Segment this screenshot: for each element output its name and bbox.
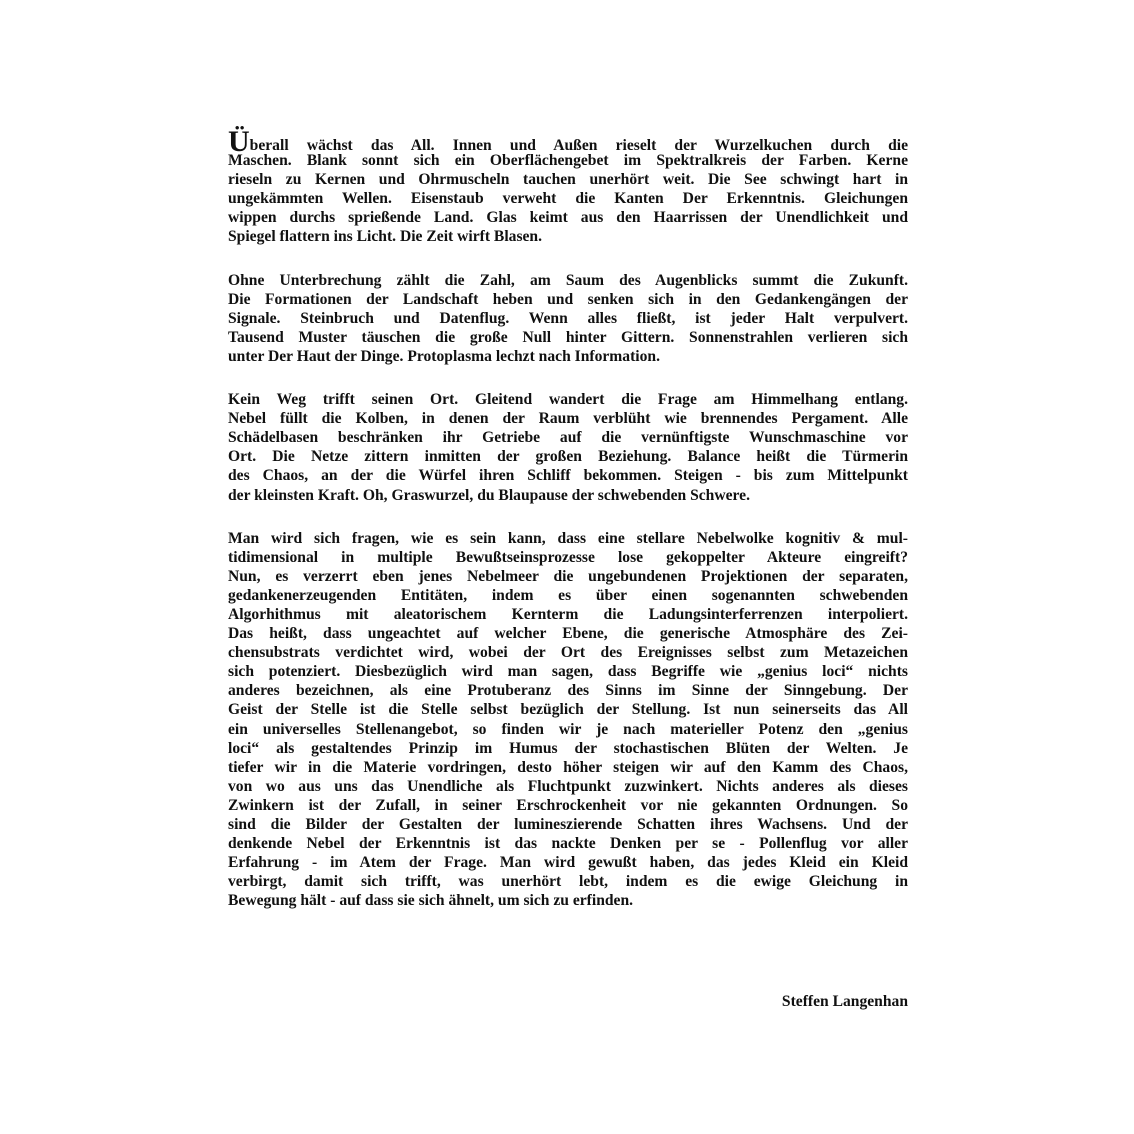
- text-line: anderes bezeichnen, als eine Protuberanz…: [228, 681, 908, 700]
- text-line: wippen durchs sprießende Land. Glas keim…: [228, 208, 908, 227]
- paragraph-4: Man wird sich fragen, wie es sein kann, …: [228, 529, 908, 911]
- text-line: loci“ als gestaltendes Prinzip im Humus …: [228, 739, 908, 758]
- paragraph-3: Kein Weg trifft seinen Ort. Gleitend wan…: [228, 390, 908, 505]
- text-line: der kleinsten Kraft. Oh, Graswurzel, du …: [228, 486, 908, 505]
- text-line: Zwinkern ist der Zufall, in seiner Ersch…: [228, 796, 908, 815]
- text-line: Ohne Unterbrechung zählt die Zahl, am Sa…: [228, 271, 908, 290]
- author-signature: Steffen Langenhan: [700, 993, 908, 1011]
- text-line: ungekämmten Wellen. Eisenstaub verweht d…: [228, 189, 908, 208]
- text-line: Überall wächst das All. Innen und Außen …: [228, 132, 908, 151]
- text-line: tiefer wir in die Materie vordringen, de…: [228, 758, 908, 777]
- text-line: Signale. Steinbruch und Datenflug. Wenn …: [228, 309, 908, 328]
- text-line: Bewegung hält - auf dass sie sich ähnelt…: [228, 891, 908, 910]
- text-line: ein universelles Stellenangebot, so find…: [228, 720, 908, 739]
- text-line: Geist der Stelle ist die Stelle selbst b…: [228, 700, 908, 719]
- text-line: denkende Nebel der Erkenntnis ist das na…: [228, 834, 908, 853]
- document-body: Überall wächst das All. Innen und Außen …: [228, 132, 908, 934]
- text-line: Tausend Muster täuschen die große Null h…: [228, 328, 908, 347]
- text-line: des Chaos, an der die Würfel ihren Schli…: [228, 466, 908, 485]
- text-line: Nun, es verzerrt eben jenes Nebelmeer di…: [228, 567, 908, 586]
- paragraph-1: Überall wächst das All. Innen und Außen …: [228, 132, 908, 247]
- text-line: verbirgt, damit sich trifft, was unerhör…: [228, 872, 908, 891]
- text-line: Das heißt, dass ungeachtet auf welcher E…: [228, 624, 908, 643]
- text-line: Kein Weg trifft seinen Ort. Gleitend wan…: [228, 390, 908, 409]
- text-line: Maschen. Blank sonnt sich ein Oberfläche…: [228, 151, 908, 170]
- text-line: tidimensional in multiple Bewußtseinspro…: [228, 548, 908, 567]
- text-line: sind die Bilder der Gestalten der lumine…: [228, 815, 908, 834]
- paragraph-2: Ohne Unterbrechung zählt die Zahl, am Sa…: [228, 271, 908, 366]
- text-line: unter Der Haut der Dinge. Protoplasma le…: [228, 347, 908, 366]
- text-line: Erfahrung - im Atem der Frage. Man wird …: [228, 853, 908, 872]
- text-line: Man wird sich fragen, wie es sein kann, …: [228, 529, 908, 548]
- text-line: Schädelbasen beschränken ihr Getriebe au…: [228, 428, 908, 447]
- text-line: gedankenerzeugenden Entitäten, indem es …: [228, 586, 908, 605]
- text-line: sich potenziert. Diesbezüglich wird man …: [228, 662, 908, 681]
- text-line: rieseln zu Kernen und Ohrmuscheln tauche…: [228, 170, 908, 189]
- text-line: chensubstrats verdichtet wird, wobei der…: [228, 643, 908, 662]
- text-line: von wo aus uns das Unendliche als Flucht…: [228, 777, 908, 796]
- text-line: Nebel füllt die Kolben, in denen der Rau…: [228, 409, 908, 428]
- text-line: Die Formationen der Landschaft heben und…: [228, 290, 908, 309]
- text-line: Spiegel flattern ins Licht. Die Zeit wir…: [228, 227, 908, 246]
- text-line: Ort. Die Netze zittern inmitten der groß…: [228, 447, 908, 466]
- text-line: Algorhithmus mit aleatorischem Kernterm …: [228, 605, 908, 624]
